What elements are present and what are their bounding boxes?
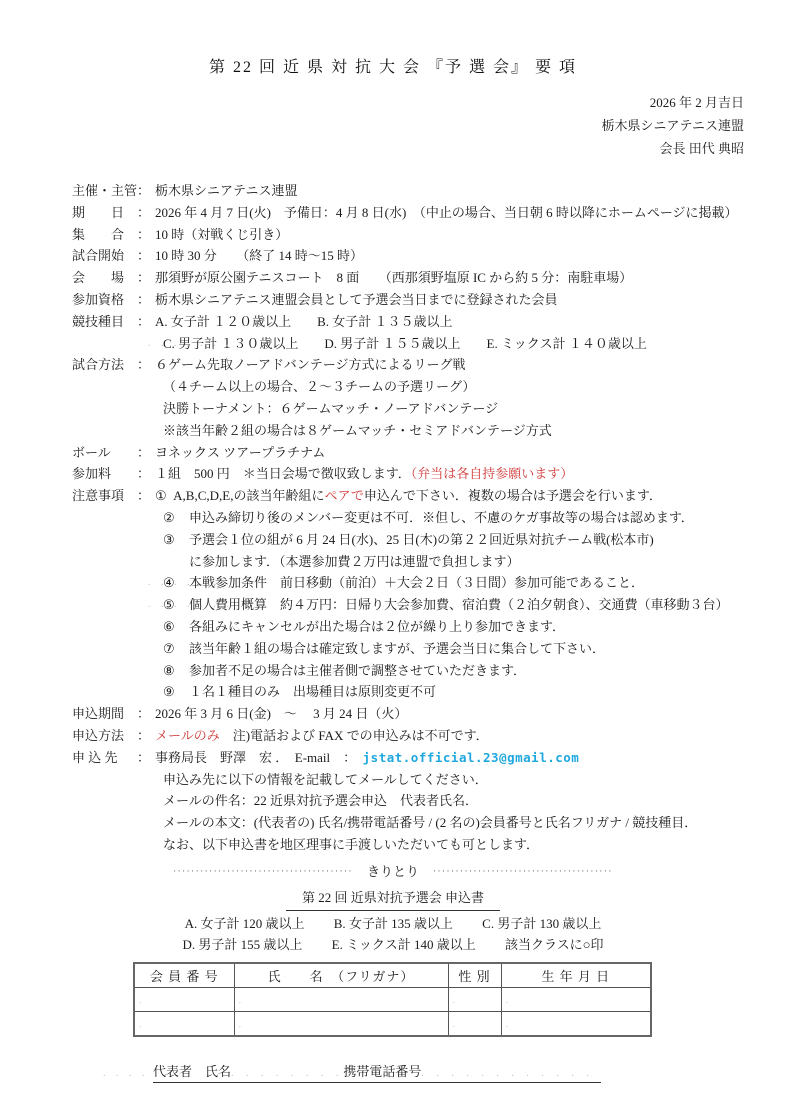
application-table: 会 員 番 号 氏 名 （フリガナ） 性 別 生 年 月 日 ． ． ． ． ．… — [133, 962, 652, 1037]
row-label: 主催・主管 — [72, 180, 137, 202]
column-sex: 性 別 — [448, 963, 501, 988]
colon: ： — [137, 289, 155, 311]
note-item-3-cont: に参加します．（本選参加費２万円は連盟で負担します） — [72, 551, 786, 573]
match-format-line4: ※該当年齢２組の場合は８ゲームマッチ・セミアドバンテージ方式 — [163, 423, 552, 438]
match-format-line3: 決勝トーナメント：６ゲームマッチ・ノーアドバンテージ — [163, 401, 498, 416]
cut-here-line: ········································… — [0, 861, 786, 884]
row-label: 申込期間 — [72, 703, 137, 725]
apply-to-line-2: メールの件名：22 近県対抗予選会申込 代表者氏名． — [72, 790, 786, 812]
row-label: 申 込 先 — [72, 747, 137, 769]
application-form-title: 第 22 回 近県対抗予選会 申込書 — [0, 887, 786, 911]
hand-delivery-note: なお、以下申込書を地区理事に手渡しいただいても可とします． — [163, 837, 539, 852]
note-item-9: ⑨１名１種目のみ 出場種目は原則変更不可 — [72, 681, 786, 703]
row-value: 栃木県シニアテニス連盟 — [155, 183, 297, 198]
apply-to-instruction: 申込み先に以下の情報を記載してメールしてください． — [163, 772, 488, 787]
scan-artifact-dot: ． — [453, 995, 462, 1005]
scan-artifact-dot: ． — [139, 995, 148, 1005]
note-text-red: ペアで — [324, 488, 363, 503]
fee-red-note: （弁当は各自持参願います） — [411, 466, 574, 481]
row-value: 那須野が原公園テニスコート 8 面 （西那須野塩原 IC から約 5 分：南駐車… — [155, 270, 632, 285]
scan-artifact-dots: . . . . . . . — [148, 572, 233, 594]
row-label: 試合方法 — [72, 354, 137, 376]
representative-label: 代表者 氏名 — [153, 1061, 231, 1080]
apply-method-red: メールのみ — [155, 728, 220, 743]
empty-cell: ． — [134, 1011, 234, 1036]
apply-to-line-1: 申込み先に以下の情報を記載してメールしてください． — [72, 769, 786, 791]
table-header-row: 会 員 番 号 氏 名 （フリガナ） 性 別 生 年 月 日 — [134, 963, 651, 988]
colon: ： — [137, 463, 155, 485]
name-blank: . . . . . . . . . — [231, 1068, 343, 1079]
info-row-eligibility: 参加資格：栃木県シニアテニス連盟会員として予選会当日までに登録された会員 — [72, 289, 786, 311]
row-label: ボール — [72, 442, 137, 464]
president-name: 会長 田代 典昭 — [0, 137, 744, 160]
colon: ： — [137, 311, 155, 333]
empty-cell: ． — [501, 1011, 651, 1036]
note-number: ② — [163, 507, 189, 529]
row-label: 参加料 — [72, 463, 137, 485]
phone-blank: . . . . . . . . . . . . . . . — [421, 1068, 601, 1079]
note-number: ⑦ — [163, 638, 189, 660]
empty-cell: ． — [501, 987, 651, 1011]
class-options-line-2: D. 男子計 155 歳以上 E. ミックス計 140 歳以上 該当クラスに○印 — [0, 934, 786, 956]
note-number: ⑥ — [163, 616, 189, 638]
note-text: 申込み締切り後のメンバー変更は不可．※但し、不慮のケガ事故等の場合は認めます． — [189, 507, 694, 529]
class-options-line-1: A. 女子計 120 歳以上 B. 女子計 135 歳以上 C. 男子計 130… — [0, 913, 786, 935]
info-row-match-format-cont: ※該当年齢２組の場合は８ゲームマッチ・セミアドバンテージ方式 — [72, 420, 786, 442]
scan-artifact-dot: ． — [453, 1019, 462, 1029]
info-row-assembly: 集 合：10 時（対戦くじ引き） — [72, 224, 786, 246]
row-value: ヨネックス ツアープラチナム — [155, 445, 325, 460]
info-section: 主催・主管：栃木県シニアテニス連盟 期 日：2026 年 4 月 7 日(火) … — [0, 180, 786, 856]
mail-body: メールの本文：(代表者の) 氏名/携帯電話番号 / (2 名の)会員番号と氏名フ… — [163, 815, 697, 830]
info-row-apply-period: 申込期間：2026 年 3 月 6 日(金) ～ 3 月 24 日（火） — [72, 703, 786, 725]
row-value: 2026 年 3 月 6 日(金) ～ 3 月 24 日（火） — [155, 706, 407, 721]
colon: ： — [137, 245, 155, 267]
row-label: 期 日 — [72, 202, 137, 224]
info-row-apply-to: 申 込 先：事務局長 野澤 宏 ． E-mail ： jstat.officia… — [72, 747, 786, 769]
info-row-venue: 会 場：那須野が原公園テニスコート 8 面 （西那須野塩原 IC から約 5 分… — [72, 267, 786, 289]
organization-name: 栃木県シニアテニス連盟 — [0, 114, 744, 137]
row-value: 2026 年 4 月 7 日(火) 予備日：4 月 8 日(水) （中止の場合、… — [155, 205, 738, 220]
row-label: 申込方法 — [72, 725, 137, 747]
issue-date: 2026 年 2 月吉日 — [0, 91, 744, 114]
categories-line1: A. 女子計 １２０歳以上 B. 女子計 １３５歳以上 — [155, 314, 453, 329]
apply-to-contact: 事務局長 野澤 宏 ． E-mail ： — [155, 750, 363, 765]
info-row-ball: ボール：ヨネックス ツアープラチナム — [72, 442, 786, 464]
document-title: 第 22 回 近 県 対 抗 大 会 『予 選 会』 要 項 — [0, 54, 786, 77]
colon: ： — [137, 267, 155, 289]
table-row: ． ． ． ． — [134, 987, 651, 1011]
apply-method-rest: 注)電話および FAX での申込みは不可です． — [220, 728, 489, 743]
info-row-notes: 注意事項：① A,B,C,D,E,の該当年齢組にペアで申込んで下さい．複数の場合… — [72, 485, 786, 507]
note-item-6: ⑥各組みにキャンセルが出た場合は２位が繰り上り参加できます． — [72, 616, 786, 638]
colon: ： — [137, 202, 155, 224]
empty-cell: ． — [234, 987, 448, 1011]
info-row-match-start: 試合開始：10 時 30 分 （終了 14 時～15 時） — [72, 245, 786, 267]
row-value: 10 時 30 分 （終了 14 時～15 時） — [155, 248, 363, 263]
colon: ： — [137, 442, 155, 464]
signature-underline: 代表者 氏名. . . . . . . . .携帯電話番号. . . . . .… — [153, 1061, 601, 1083]
info-row-categories: 競技種目：A. 女子計 １２０歳以上 B. 女子計 １３５歳以上 — [72, 311, 786, 333]
note-text: １名１種目のみ 出場種目は原則変更不可 — [189, 681, 436, 703]
scan-artifact-dot: ． — [139, 1019, 148, 1029]
mail-subject: メールの件名：22 近県対抗予選会申込 代表者氏名． — [163, 793, 478, 808]
note-text: 該当年齢１組の場合は確定致しますが、予選会当日に集合して下さい． — [189, 638, 605, 660]
scan-artifact-dot: ． — [506, 1019, 515, 1029]
empty-cell: ． — [448, 1011, 501, 1036]
note-text: 個人費用概算 約４万円：日帰り大会参加費、宿泊費（２泊夕朝食）、交通費（車移動３… — [189, 594, 729, 616]
row-label: 注意事項 — [72, 485, 137, 507]
match-format-line2: （４チーム以上の場合、２～３チームの予選リーグ） — [163, 379, 475, 394]
note-number: ⑧ — [163, 660, 189, 682]
note-item-5: . . . . . . .⑤個人費用概算 約４万円：日帰り大会参加費、宿泊費（２… — [72, 594, 786, 616]
cut-dots-right: ········································ — [433, 866, 613, 876]
info-row-event-date: 期 日：2026 年 4 月 7 日(火) 予備日：4 月 8 日(水) （中止… — [72, 202, 786, 224]
colon: ： — [137, 180, 155, 202]
row-value: 栃木県シニアテニス連盟会員として予選会当日までに登録された会員 — [155, 292, 557, 307]
apply-to-line-4: なお、以下申込書を地区理事に手渡しいただいても可とします． — [72, 834, 786, 856]
row-label: 試合開始 — [72, 245, 137, 267]
scan-artifact-dots: . . . . . . . — [148, 594, 233, 616]
scan-artifact-dots: . . . . — [103, 1068, 153, 1079]
colon: ： — [137, 747, 155, 769]
note-item-8: ⑧参加者不足の場合は主催者側で調整させていただきます． — [72, 660, 786, 682]
match-format-line1: ６ゲーム先取ノーアドバンテージ方式によるリーグ戦 — [155, 357, 465, 372]
colon: ： — [137, 224, 155, 246]
note-item-2: ②申込み締切り後のメンバー変更は不可．※但し、不慮のケガ事故等の場合は認めます． — [72, 507, 786, 529]
row-value: 10 時（対戦くじ引き） — [155, 227, 288, 242]
info-row-apply-method: 申込方法：メールのみ 注)電話および FAX での申込みは不可です． — [72, 725, 786, 747]
info-row-categories-cont: . . . . . . .C. 男子計 １３０歳以上 D. 男子計 １５５歳以上… — [72, 333, 786, 355]
document-header-right: 2026 年 2 月吉日 栃木県シニアテニス連盟 会長 田代 典昭 — [0, 91, 786, 160]
colon: ： — [137, 703, 155, 725]
colon: ： — [137, 354, 155, 376]
row-label: 会 場 — [72, 267, 137, 289]
table-row: ． ． ． ． — [134, 1011, 651, 1036]
note-text: 予選会１位の組が 6 月 24 日(水)、25 日(木)の第２２回近県対抗チーム… — [189, 529, 654, 551]
note-number: ③ — [163, 529, 189, 551]
scan-artifact-dot: ． — [506, 995, 515, 1005]
empty-cell: ． — [134, 987, 234, 1011]
contact-email: jstat.official.23@gmail.com — [363, 750, 580, 765]
row-label: 集 合 — [72, 224, 137, 246]
note-text-post: 申込んで下さい．複数の場合は予選会を行います． — [364, 488, 662, 503]
colon: ： — [137, 725, 155, 747]
fee-value: １組 500 円 ＊当日会場で徴収致します． — [155, 466, 411, 481]
info-row-match-format: 試合方法：６ゲーム先取ノーアドバンテージ方式によるリーグ戦 — [72, 354, 786, 376]
column-name-furigana: 氏 名 （フリガナ） — [234, 963, 448, 988]
apply-to-line-3: メールの本文：(代表者の) 氏名/携帯電話番号 / (2 名の)会員番号と氏名フ… — [72, 812, 786, 834]
note-item-4: . . . . . . .④本戦参加条件 前日移動（前泊）＋大会２日（３日間）参… — [72, 572, 786, 594]
info-row-fee: 参加料：１組 500 円 ＊当日会場で徴収致します．（弁当は各自持参願います） — [72, 463, 786, 485]
info-row-match-format-cont: （４チーム以上の場合、２～３チームの予選リーグ） — [72, 376, 786, 398]
note-text: 本戦参加条件 前日移動（前泊）＋大会２日（３日間）参加可能であること． — [189, 572, 644, 594]
scan-artifact-dot: ． — [239, 995, 248, 1005]
colon: ： — [137, 485, 155, 507]
empty-cell: ． — [448, 987, 501, 1011]
scan-artifact-dots: . . . . . . . — [148, 333, 233, 355]
mobile-phone-label: 携帯電話番号 — [343, 1061, 421, 1080]
empty-cell: ． — [234, 1011, 448, 1036]
note-item-7: ⑦該当年齢１組の場合は確定致しますが、予選会当日に集合して下さい． — [72, 638, 786, 660]
column-member-number: 会 員 番 号 — [134, 963, 234, 988]
scan-artifact-dot: ． — [239, 1019, 248, 1029]
cut-dots-left: ········································ — [173, 866, 353, 876]
note-item-3: ③予選会１位の組が 6 月 24 日(水)、25 日(木)の第２２回近県対抗チー… — [72, 529, 786, 551]
note-number: ① — [155, 488, 167, 503]
note-text-pre: A,B,C,D,E,の該当年齢組に — [173, 488, 324, 503]
categories-line2: C. 男子計 １３０歳以上 D. 男子計 １５５歳以上 E. ミックス計 １４０… — [163, 336, 647, 351]
note-text: 参加者不足の場合は主催者側で調整させていただきます． — [189, 660, 526, 682]
note-text-cont: に参加します．（本選参加費２万円は連盟で負担します） — [189, 554, 519, 569]
info-row-host: 主催・主管：栃木県シニアテニス連盟 — [72, 180, 786, 202]
note-text: 各組みにキャンセルが出た場合は２位が繰り上り参加できます． — [189, 616, 565, 638]
row-label: 競技種目 — [72, 311, 137, 333]
document-page: 第 22 回 近 県 対 抗 大 会 『予 選 会』 要 項 2026 年 2 … — [0, 0, 786, 1111]
representative-signature-line: . . . .代表者 氏名. . . . . . . . .携帯電話番号. . … — [0, 1061, 786, 1083]
info-row-match-format-cont: 決勝トーナメント：６ゲームマッチ・ノーアドバンテージ — [72, 398, 786, 420]
cut-here-label: きりとり — [353, 864, 433, 879]
column-birthdate: 生 年 月 日 — [501, 963, 651, 988]
note-number: ⑨ — [163, 681, 189, 703]
row-label: 参加資格 — [72, 289, 137, 311]
